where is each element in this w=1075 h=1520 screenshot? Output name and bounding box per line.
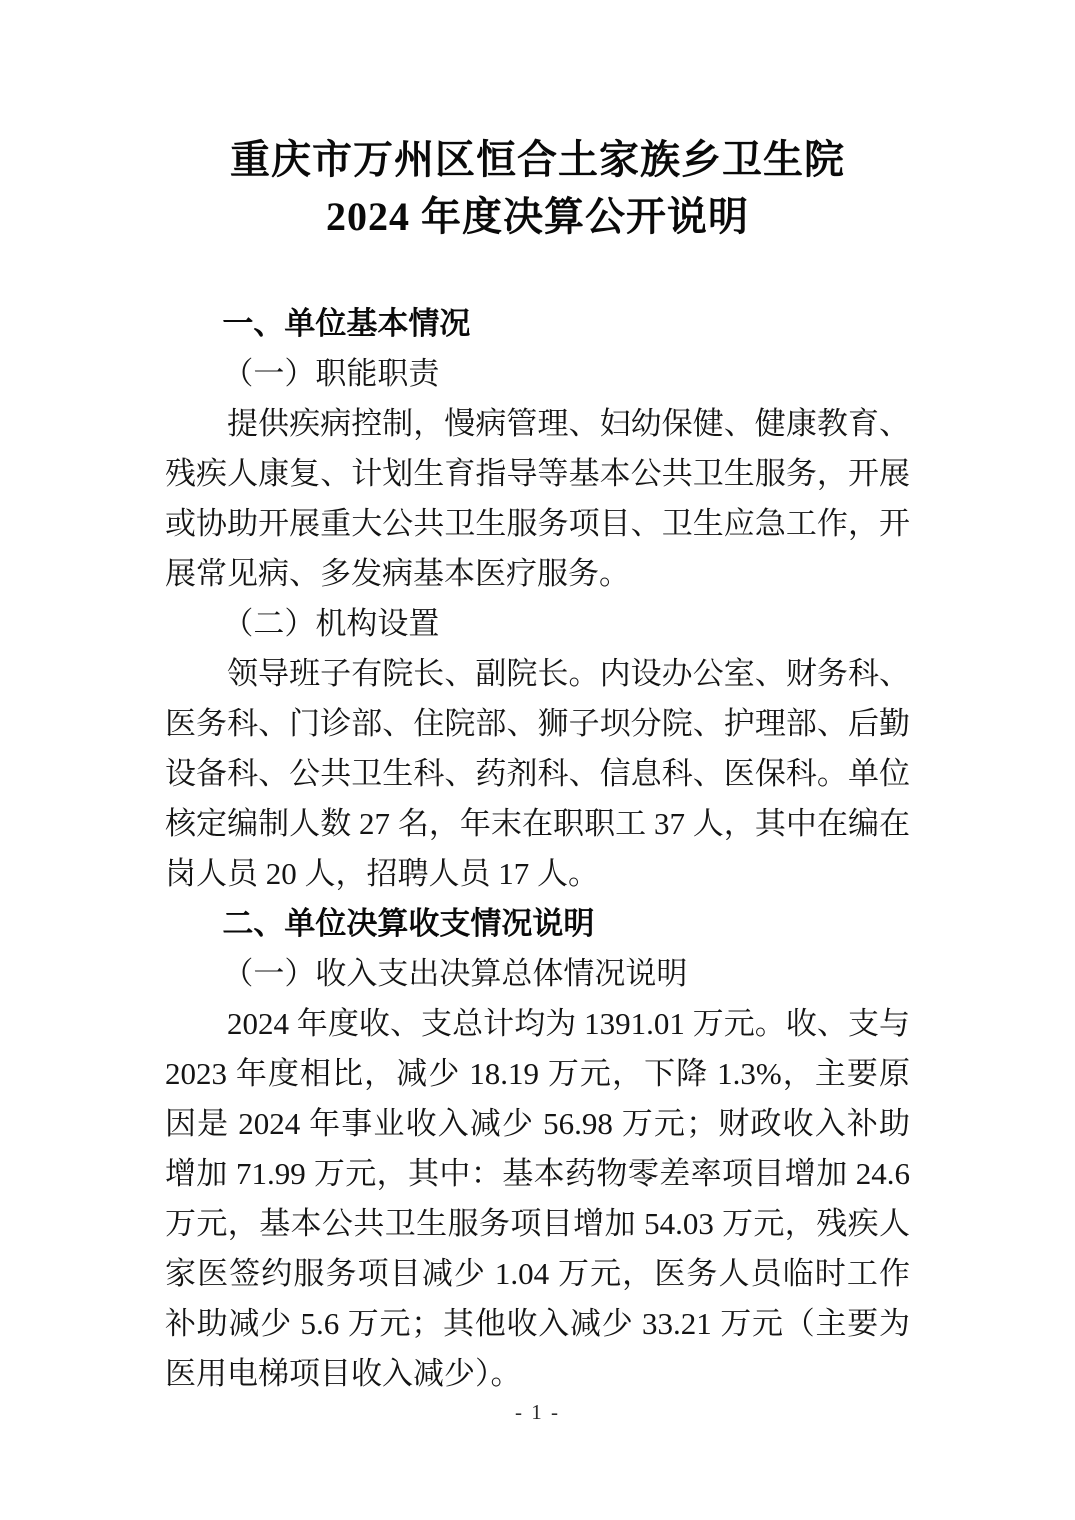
document-title: 重庆市万州区恒合土家族乡卫生院 2024 年度决算公开说明 [165, 131, 910, 245]
section-heading-unit-overview: 一、单位基本情况 [165, 299, 910, 349]
sub-heading-duties: （一）职能职责 [165, 349, 910, 399]
page-number: - 1 - [0, 1400, 1075, 1425]
paragraph-duties: 提供疾病控制，慢病管理、妇幼保健、健康教育、残疾人康复、计划生育指导等基本公共卫… [165, 399, 910, 599]
page-content: 重庆市万州区恒合土家族乡卫生院 2024 年度决算公开说明 一、单位基本情况 （… [165, 131, 910, 1399]
paragraph-organization: 领导班子有院长、副院长。内设办公室、财务科、医务科、门诊部、住院部、狮子坝分院、… [165, 649, 910, 899]
sub-heading-organization: （二）机构设置 [165, 599, 910, 649]
title-line-2: 2024 年度决算公开说明 [165, 188, 910, 245]
document-body: 一、单位基本情况 （一）职能职责 提供疾病控制，慢病管理、妇幼保健、健康教育、残… [165, 299, 910, 1399]
section-heading-budget-statement: 二、单位决算收支情况说明 [165, 899, 910, 949]
sub-heading-income-expense-overview: （一）收入支出决算总体情况说明 [165, 949, 910, 999]
title-line-1: 重庆市万州区恒合土家族乡卫生院 [165, 131, 910, 188]
document-page: 重庆市万州区恒合土家族乡卫生院 2024 年度决算公开说明 一、单位基本情况 （… [0, 0, 1075, 1520]
paragraph-income-expense-overview: 2024 年度收、支总计均为 1391.01 万元。收、支与 2023 年度相比… [165, 999, 910, 1399]
